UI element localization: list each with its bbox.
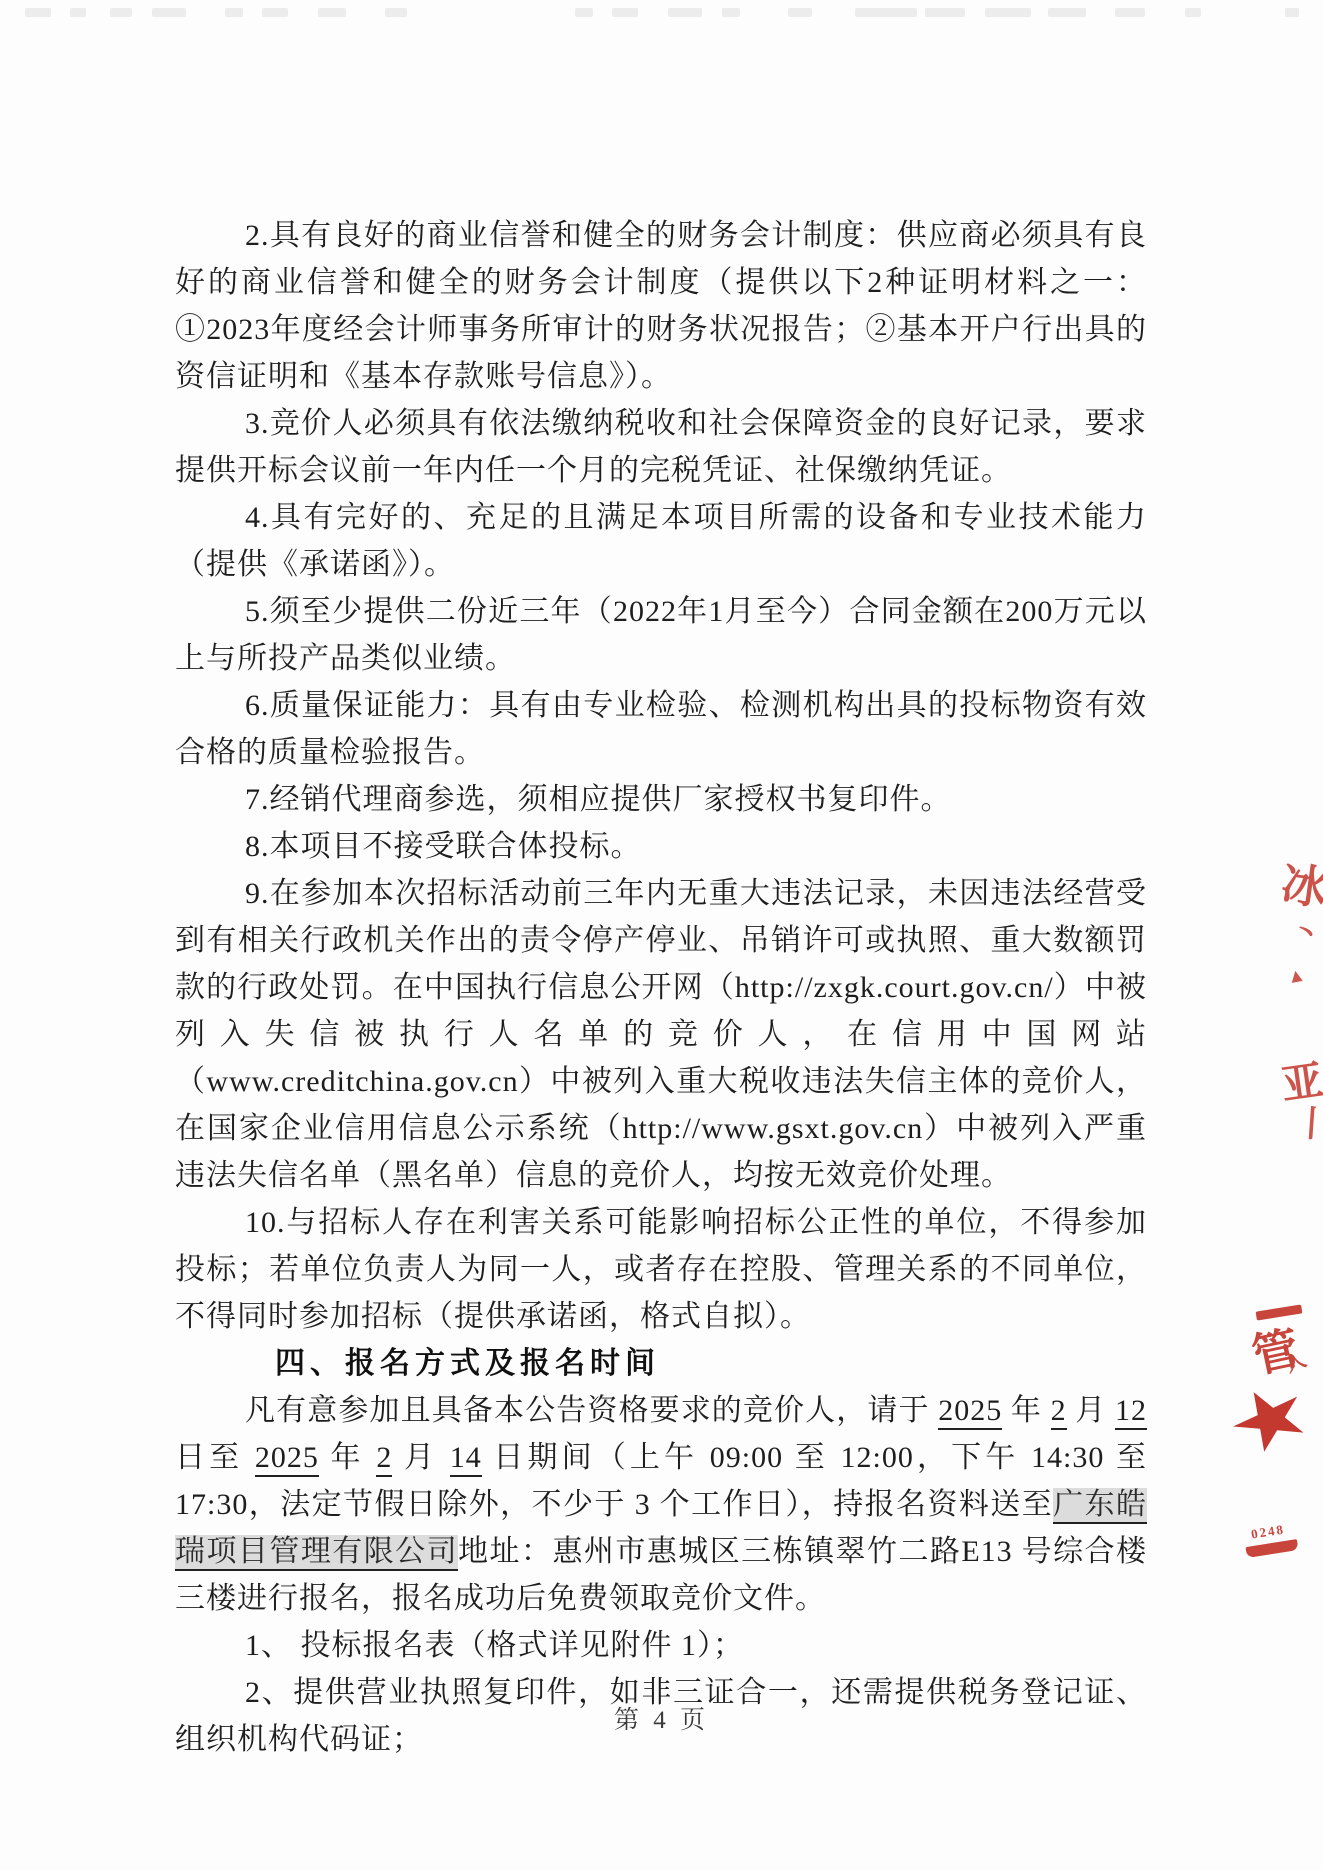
stamp-fragment: 冰 (1278, 847, 1323, 919)
text-run: 7.经销代理商参选，须相应提供厂家授权书复印件。 (245, 783, 952, 816)
text-run: 四、报名方式及报名时间 (275, 1347, 660, 1380)
document-body: 2.具有良好的商业信誉和健全的财务会计制度：供应商必须具有良好的商业信誉和健全的… (175, 212, 1147, 1763)
underlined-text: 12 (1115, 1394, 1147, 1430)
seal-text-fragment: 入 (1280, 1343, 1309, 1377)
scan-dash (25, 8, 51, 17)
stamp-fragment: 丶 (1288, 910, 1323, 955)
paragraph: 5.须至少提供二份近三年（2022年1月至今）合同金额在200万元以上与所投产品… (175, 588, 1147, 682)
scan-dash (1048, 8, 1086, 17)
seal-text-fragment: 管 (1246, 1312, 1305, 1386)
text-run: 2.具有良好的商业信誉和健全的财务会计制度：供应商必须具有良好的商业信誉和健全的… (175, 219, 1147, 393)
text-run: 10.与招标人存在利害关系可能影响招标公正性的单位，不得参加投标；若单位负责人为… (175, 1206, 1147, 1333)
scan-dash (152, 8, 186, 17)
paragraph: 10.与招标人存在利害关系可能影响招标公正性的单位，不得参加投标；若单位负责人为… (175, 1199, 1147, 1340)
stamp-fragment: ▲ (1285, 965, 1307, 990)
text-run: 凡有意参加且具备本公告资格要求的竞价人，请于 (245, 1394, 938, 1427)
scan-dash (385, 8, 407, 17)
underlined-text: 2 (376, 1441, 392, 1477)
paragraph: 6.质量保证能力：具有由专业检验、检测机构出具的投标物资有效合格的质量检验报告。 (175, 682, 1147, 776)
paragraph: 8.本项目不接受联合体投标。 (175, 823, 1147, 870)
scan-dash (788, 8, 812, 17)
text-run: 1、 投标报名表（格式详见附件 1）； (245, 1629, 744, 1662)
paragraph: 3.竞价人必须具有依法缴纳税收和社会保障资金的良好记录，要求提供开标会议前一年内… (175, 400, 1147, 494)
text-run: 9.在参加本次招标活动前三年内无重大违法记录，未因违法经营受到有相关行政机关作出… (175, 877, 1147, 1192)
scan-dash (575, 8, 593, 17)
paragraph: 7.经销代理商参选，须相应提供厂家授权书复印件。 (175, 776, 1147, 823)
text-run: 4.具有完好的、充足的且满足本项目所需的设备和专业技术能力（提供《承诺函》）。 (175, 501, 1147, 581)
scan-dash (722, 8, 740, 17)
scan-dash (668, 8, 702, 17)
underlined-text: 2 (1051, 1394, 1067, 1430)
scan-dash (985, 8, 1031, 17)
scan-dash (1185, 8, 1201, 17)
paragraph: 凡有意参加且具备本公告资格要求的竞价人，请于 2025 年 2 月 12 日至 … (175, 1387, 1147, 1622)
scan-dash (110, 8, 132, 17)
text-run: 日至 (175, 1441, 255, 1474)
scan-dash (225, 8, 243, 17)
text-run: 月 (1067, 1394, 1115, 1427)
scan-dash (612, 8, 638, 17)
seal-ring-fragment (1256, 1304, 1303, 1320)
paragraph: 9.在参加本次招标活动前三年内无重大违法记录，未因违法经营受到有相关行政机关作出… (175, 870, 1147, 1199)
scan-artifact-marks (0, 0, 1323, 24)
paragraph: 1、 投标报名表（格式详见附件 1）； (175, 1622, 1147, 1669)
stamp-fragment: 亚 (1277, 1047, 1323, 1112)
text-run: 5.须至少提供二份近三年（2022年1月至今）合同金额在200万元以上与所投产品… (175, 595, 1147, 675)
paragraph: 2.具有良好的商业信誉和健全的财务会计制度：供应商必须具有良好的商业信誉和健全的… (175, 212, 1147, 400)
scan-dash (925, 8, 965, 17)
paragraph: 4.具有完好的、充足的且满足本项目所需的设备和专业技术能力（提供《承诺函》）。 (175, 494, 1147, 588)
text-run: 年 (1002, 1394, 1050, 1427)
seal-star-icon (1228, 1382, 1313, 1457)
text-run: 年 (319, 1441, 376, 1474)
scan-dash (1115, 8, 1145, 17)
document-page: 2.具有良好的商业信誉和健全的财务会计制度：供应商必须具有良好的商业信誉和健全的… (0, 0, 1323, 1870)
section-heading: 四、报名方式及报名时间 (175, 1340, 1147, 1387)
underlined-text: 2025 (255, 1441, 319, 1477)
text-run: 8.本项目不接受联合体投标。 (245, 830, 642, 863)
underlined-text: 14 (450, 1441, 482, 1477)
seal-serial-number: 0248 (1250, 1521, 1286, 1542)
scan-dash (318, 8, 346, 17)
scan-dash (70, 8, 86, 17)
scan-dash (1285, 8, 1299, 17)
text-run: 月 (392, 1441, 449, 1474)
text-run: 3.竞价人必须具有依法缴纳税收和社会保障资金的良好记录，要求提供开标会议前一年内… (175, 407, 1147, 487)
page-number: 第 4 页 (0, 1700, 1323, 1736)
text-run: 6.质量保证能力：具有由专业检验、检测机构出具的投标物资有效合格的质量检验报告。 (175, 689, 1147, 769)
stamp-fragment: 丨 (1292, 1095, 1323, 1148)
seal-ring-fragment (1245, 1539, 1298, 1558)
underlined-text: 2025 (938, 1394, 1002, 1430)
scan-dash (855, 8, 917, 17)
scan-dash (262, 8, 288, 17)
